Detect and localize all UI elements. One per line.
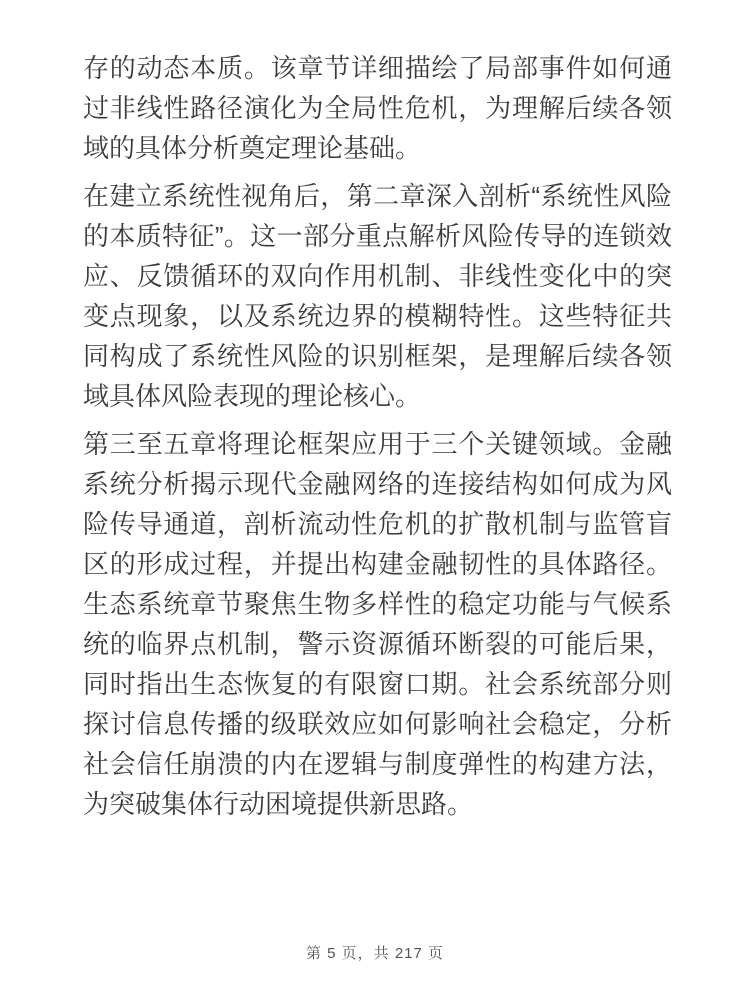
paragraph: 存的动态本质。该章节详细描绘了局部事件如何通过非线性路径演化为全局性危机，为理解… xyxy=(83,48,672,168)
page-number-label: 第 5 页，共 217 页 xyxy=(306,945,444,962)
paragraph: 在建立系统性视角后，第二章深入剖析“系统性风险的本质特征”。这一部分重点解析风险… xyxy=(83,176,672,416)
page-footer: 第 5 页，共 217 页 xyxy=(0,944,750,964)
document-page: 存的动态本质。该章节详细描绘了局部事件如何通过非线性路径演化为全局性危机，为理解… xyxy=(0,0,750,1000)
paragraph: 第三至五章将理论框架应用于三个关键领域。金融系统分析揭示现代金融网络的连接结构如… xyxy=(83,424,672,824)
document-body: 存的动态本质。该章节详细描绘了局部事件如何通过非线性路径演化为全局性危机，为理解… xyxy=(83,48,672,832)
